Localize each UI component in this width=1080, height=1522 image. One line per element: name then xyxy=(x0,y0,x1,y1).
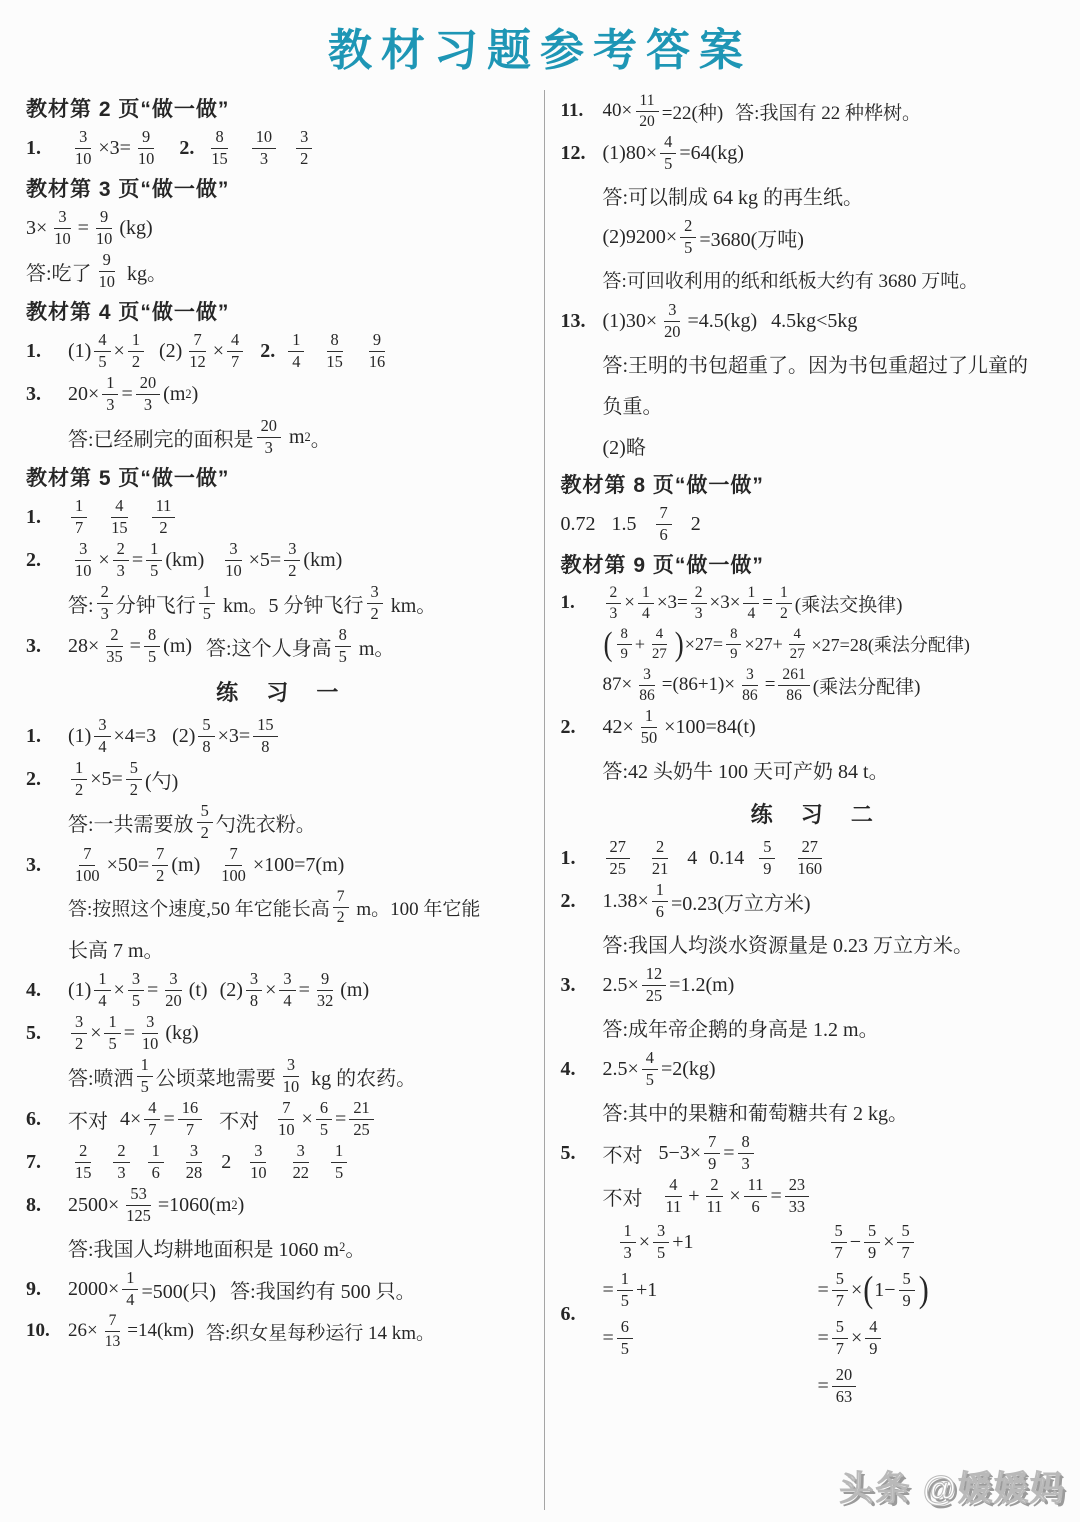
fraction: 322 xyxy=(289,1141,313,1183)
math-line: 答:23分钟飞行15 km。5 分钟飞行32 km。 xyxy=(26,582,532,624)
derivation-line: =57×49 xyxy=(818,1314,930,1362)
fraction: 83 xyxy=(738,1132,754,1174)
math-text: 长高 7 m。 xyxy=(68,934,164,963)
fraction: 85 xyxy=(144,625,160,667)
fraction: 310 xyxy=(71,539,95,581)
fraction: 35 xyxy=(653,1221,669,1263)
fraction: 45 xyxy=(642,1048,658,1090)
math-text: × xyxy=(639,1231,650,1254)
fraction: 12 xyxy=(776,583,792,623)
math-line: (2)9200×25=3680(万吨) xyxy=(561,216,1067,258)
math-line: 答:已经刷完的面积是203 m2。 xyxy=(26,416,532,458)
derivation-line: 57−59×57 xyxy=(818,1218,930,1266)
fraction: 32 xyxy=(71,1012,87,1054)
fraction: 65 xyxy=(617,1317,633,1359)
math-text: 4.5kg<5kg xyxy=(771,310,857,333)
derivation-line: =2063 xyxy=(818,1362,930,1410)
fraction: 411 xyxy=(662,1175,686,1217)
fraction: 45 xyxy=(94,330,110,372)
math-text: − xyxy=(850,1231,861,1254)
math-line: 9.2000×14=500(只)答:我国约有 500 只。 xyxy=(26,1268,532,1310)
fraction: 27160 xyxy=(793,837,826,879)
item-number: 3. xyxy=(26,635,68,658)
item-number: 12. xyxy=(561,142,603,165)
math-text: (2) xyxy=(220,979,243,1002)
math-line: 2.1.38×16=0.23(万立方米) xyxy=(561,880,1067,922)
math-text: = xyxy=(818,1375,829,1398)
math-text: =64(kg) xyxy=(679,142,744,165)
fraction: 310 xyxy=(246,1141,270,1183)
section-header: 教材第 5 页“做一做” xyxy=(26,459,532,495)
math-text: m xyxy=(284,426,305,449)
math-line: 1.23×14×3=23×3×14=12(乘法交换律) xyxy=(561,583,1067,623)
math-text: =1.2(m) xyxy=(669,974,734,997)
math-text: (km) xyxy=(165,549,204,572)
math-text: =3680(万吨) xyxy=(699,223,804,252)
math-line: 长高 7 m。 xyxy=(26,928,532,968)
fraction: 53125 xyxy=(122,1184,155,1226)
fraction: 310 xyxy=(50,207,74,249)
item-number: 2. xyxy=(26,549,68,572)
math-text: 42× xyxy=(603,716,634,739)
math-text: = xyxy=(299,979,310,1002)
math-line: 答:可回收利用的纸和纸板大约有 3680 万吨。 xyxy=(561,259,1067,299)
item-number: 2. xyxy=(561,716,603,739)
fraction: 85 xyxy=(335,625,351,667)
math-text: =22(种) xyxy=(662,98,723,125)
fraction: 415 xyxy=(107,496,131,538)
math-text: 2500× xyxy=(68,1194,119,1217)
fraction: 7100 xyxy=(71,844,104,886)
math-line: 不对411+211×116=2333 xyxy=(561,1175,1067,1217)
math-text: m。100 年它能 xyxy=(352,894,481,921)
fraction: 23 xyxy=(113,539,129,581)
fraction: 16 xyxy=(652,880,668,922)
fraction: 158 xyxy=(253,715,277,757)
math-text: (1) xyxy=(68,725,91,748)
math-text: (km) xyxy=(303,549,342,572)
math-text: 3× xyxy=(26,217,47,240)
math-text: 2.5× xyxy=(603,1058,639,1081)
fraction: 45 xyxy=(660,132,676,174)
fraction: 23 xyxy=(691,583,707,623)
math-text: kg 的农药。 xyxy=(306,1062,416,1091)
math-text: × xyxy=(265,979,276,1002)
fraction: 34 xyxy=(94,715,110,757)
fraction: 58 xyxy=(198,715,214,757)
fraction: 35 xyxy=(128,969,144,1011)
fraction: 320 xyxy=(660,300,684,342)
fraction: 72 xyxy=(333,887,349,927)
fraction: 14 xyxy=(288,330,304,372)
math-text: m。 xyxy=(354,632,395,661)
fraction: 14 xyxy=(743,583,759,623)
left-column: 教材第 2 页“做一做”1.310×3=9102.81510332教材第 3 页… xyxy=(26,90,545,1510)
math-line: 3.7100×50=72(m)7100×100=7(m) xyxy=(26,844,532,886)
fraction: 386 xyxy=(738,665,762,705)
fraction: 23 xyxy=(97,582,113,624)
math-line: 答:我国人均耕地面积是 1060 m2。 xyxy=(26,1227,532,1267)
fraction: 16 xyxy=(148,1141,164,1183)
math-text: 负重。 xyxy=(603,390,663,419)
math-text: 勺洗衣粉。 xyxy=(216,808,316,837)
math-text: × xyxy=(851,1279,862,1302)
math-text: (2) xyxy=(159,340,182,363)
derivation-column: 13×35+1=15+1=65 xyxy=(603,1218,818,1362)
math-text: 不对 xyxy=(603,1139,643,1168)
math-text: 答:王明的书包超重了。因为书包重超过了儿童的 xyxy=(603,349,1029,378)
item-number: 7. xyxy=(26,1151,68,1174)
fraction: 32 xyxy=(367,582,383,624)
fraction: 14 xyxy=(638,583,654,623)
fraction: 23 xyxy=(113,1141,129,1183)
math-text: 2.5× xyxy=(603,974,639,997)
math-text: (1) xyxy=(68,979,91,1002)
fraction: 712 xyxy=(185,330,209,372)
math-text: 。 xyxy=(345,1233,365,1262)
fraction: 427 xyxy=(786,625,809,663)
math-text: (乘法交换律) xyxy=(795,590,903,617)
math-text: =(86+1)× xyxy=(662,674,735,696)
math-text: ×27= xyxy=(685,634,723,655)
math-text: (2) xyxy=(172,725,195,748)
math-text: (m) xyxy=(171,854,200,877)
fraction: 47 xyxy=(144,1098,160,1140)
math-text: kg。 xyxy=(122,257,167,286)
item-number: 2. xyxy=(260,340,275,363)
item-number: 9. xyxy=(26,1278,68,1301)
math-text: = xyxy=(603,1279,614,1302)
math-text: = xyxy=(762,592,773,614)
math-line: 6.不对4×47=167不对710×65=2125 xyxy=(26,1098,532,1140)
math-text: ×3= xyxy=(98,137,131,160)
fraction: 215 xyxy=(71,1141,95,1183)
item-number: 4. xyxy=(26,979,68,1002)
item-number: 2. xyxy=(26,768,68,791)
math-text: 答:这个人身高 xyxy=(206,632,332,661)
fraction: 713 xyxy=(101,1311,125,1351)
math-line: 4.2.5×45=2(kg) xyxy=(561,1048,1067,1090)
fraction: 103 xyxy=(252,127,276,169)
section-header: 教材第 3 页“做一做” xyxy=(26,170,532,206)
fraction: 320 xyxy=(161,969,185,1011)
math-line: 2.310×23=15(km)310×5=32(km) xyxy=(26,539,532,581)
math-text: =2(kg) xyxy=(661,1058,716,1081)
math-line: 2.42×150×100=84(t) xyxy=(561,706,1067,748)
math-line: 答:42 头奶牛 100 天可产奶 84 t。 xyxy=(561,749,1067,789)
fraction: 815 xyxy=(322,330,346,372)
fraction: 79 xyxy=(704,1132,720,1174)
math-line: 答:王明的书包超重了。因为书包重超过了儿童的 xyxy=(561,343,1067,383)
math-text: = xyxy=(78,217,89,240)
math-line: 3.20×13=203(m2) xyxy=(26,373,532,415)
fraction: 2725 xyxy=(606,837,630,879)
math-text: 28× xyxy=(68,635,99,658)
fraction: 14 xyxy=(94,969,110,1011)
math-text: 40× xyxy=(603,100,633,122)
math-text: 不对 xyxy=(603,1182,643,1211)
math-text: = xyxy=(818,1327,829,1350)
item-number: 6. xyxy=(26,1108,68,1131)
fraction: 211 xyxy=(703,1175,727,1217)
fraction: 38 xyxy=(246,969,262,1011)
math-line: 0.721.5762 xyxy=(561,503,1067,545)
math-text: (1) xyxy=(68,340,91,363)
math-text: × xyxy=(90,1022,101,1045)
math-text: 答:喷洒 xyxy=(68,1062,134,1091)
fraction: 310 xyxy=(221,539,245,581)
item-number: 2. xyxy=(561,890,603,913)
derivation-line: =57×(1−59) xyxy=(818,1266,930,1314)
item-number: 5. xyxy=(561,1142,603,1165)
fraction: 116 xyxy=(744,1175,768,1217)
fraction: 1120 xyxy=(635,91,659,131)
math-text: = xyxy=(163,1108,174,1131)
fraction: 15 xyxy=(146,539,162,581)
fraction: 15 xyxy=(199,582,215,624)
math-text: × xyxy=(851,1327,862,1350)
math-line: 答:喷洒15公顷菜地需要310 kg 的农药。 xyxy=(26,1055,532,1097)
fraction: 12 xyxy=(71,758,87,800)
math-line: 11.40×1120=22(种)答:我国有 22 种桦树。 xyxy=(561,91,1067,131)
math-line: 答:一共需要放52勺洗衣粉。 xyxy=(26,801,532,843)
math-line: 6.13×35+1=15+1=6557−59×57=57×(1−59)=57×4… xyxy=(561,1218,1067,1410)
math-text: = xyxy=(147,979,158,1002)
math-line: 5.32×15=310(kg) xyxy=(26,1012,532,1054)
math-text: 答:可以制成 64 kg 的再生纸。 xyxy=(603,181,864,210)
fraction: 59 xyxy=(759,837,775,879)
math-text: =500(只) xyxy=(141,1275,216,1304)
fraction: 221 xyxy=(648,837,672,879)
fraction: 2063 xyxy=(832,1365,856,1407)
math-text: 答:成年帝企鹅的身高是 1.2 m。 xyxy=(603,1013,879,1042)
fraction: 49 xyxy=(865,1317,881,1359)
big-paren: ) xyxy=(675,627,684,661)
fraction: 710 xyxy=(274,1098,298,1140)
fraction: 203 xyxy=(257,416,281,458)
math-text: ×100=84(t) xyxy=(664,716,755,739)
math-line: 答:其中的果糖和葡萄糖共有 2 kg。 xyxy=(561,1091,1067,1131)
fraction: 52 xyxy=(126,758,142,800)
big-paren: ( xyxy=(863,1271,873,1309)
fraction: 7100 xyxy=(217,844,250,886)
math-text: 答:按照这个速度,50 年它能长高 xyxy=(68,894,330,921)
math-text: 0.72 xyxy=(561,513,596,536)
fraction: 57 xyxy=(832,1269,848,1311)
big-paren: ) xyxy=(919,1271,929,1309)
fraction: 57 xyxy=(897,1221,913,1263)
math-text: ×3= xyxy=(657,592,688,614)
fraction: 32 xyxy=(284,539,300,581)
math-text: +1 xyxy=(672,1231,693,1254)
math-text: = xyxy=(723,1142,734,1165)
fraction: 23 xyxy=(606,583,622,623)
item-number: 5. xyxy=(26,1022,68,1045)
fraction: 47 xyxy=(227,330,243,372)
fraction: 59 xyxy=(864,1221,880,1263)
math-text: 0.14 xyxy=(709,847,744,870)
math-text: =4.5(kg) xyxy=(688,310,758,333)
math-line: (89+427)×27=89×27+427×27=28(乘法分配律) xyxy=(561,624,1067,664)
fraction: 2333 xyxy=(785,1175,809,1217)
math-text: × xyxy=(302,1108,313,1131)
fraction: 14 xyxy=(122,1268,138,1310)
math-line: 答:按照这个速度,50 年它能长高72 m。100 年它能 xyxy=(26,887,532,927)
math-text: = xyxy=(124,1022,135,1045)
fraction: 150 xyxy=(637,706,661,748)
math-text: 答:可回收利用的纸和纸板大约有 3680 万吨。 xyxy=(603,266,979,293)
math-text: 。 xyxy=(311,423,331,452)
math-text: 不对 xyxy=(68,1105,108,1134)
math-text: 公顷菜地需要 xyxy=(156,1062,276,1091)
fraction: 25 xyxy=(680,216,696,258)
math-text: 答:我国约有 500 只。 xyxy=(230,1275,416,1304)
math-text: =1060(m xyxy=(158,1194,232,1217)
fraction: 310 xyxy=(138,1012,162,1054)
item-number: 13. xyxy=(561,310,603,333)
math-line: 答:可以制成 64 kg 的再生纸。 xyxy=(561,175,1067,215)
math-text: × xyxy=(883,1231,894,1254)
math-line: 8.2500×53125=1060(m2) xyxy=(26,1184,532,1226)
fraction: 89 xyxy=(617,625,632,663)
item-number: 8. xyxy=(26,1194,68,1217)
page: 教材习题参考答案 教材第 2 页“做一做”1.310×3=9102.815103… xyxy=(0,0,1080,1522)
math-text: (m) xyxy=(163,635,192,658)
math-text: 答:42 头奶牛 100 天可产奶 84 t。 xyxy=(603,755,889,784)
math-text: (kg) xyxy=(119,217,152,240)
section-header: 教材第 2 页“做一做” xyxy=(26,90,532,126)
math-text: 答:我国人均耕地面积是 1060 m xyxy=(68,1233,339,1262)
fraction: 65 xyxy=(316,1098,332,1140)
math-text: ) xyxy=(238,1194,245,1217)
math-text: = xyxy=(770,1185,781,1208)
math-text: 1− xyxy=(874,1279,895,1302)
fraction: 386 xyxy=(635,665,659,705)
math-text: = xyxy=(765,674,776,696)
fraction: 167 xyxy=(178,1098,202,1140)
fraction: 15 xyxy=(104,1012,120,1054)
fraction: 910 xyxy=(95,250,119,292)
section-header: 教材第 8 页“做一做” xyxy=(561,466,1067,502)
math-text: (乘法分配律) xyxy=(813,672,921,699)
math-line: 3.2.5×1225=1.2(m) xyxy=(561,964,1067,1006)
derivation-line: =15+1 xyxy=(603,1266,818,1314)
math-line: 1.17415112 xyxy=(26,496,532,538)
math-text: × xyxy=(114,340,125,363)
fraction: 932 xyxy=(313,969,337,1011)
fraction: 34 xyxy=(279,969,295,1011)
math-text: km。5 分钟飞行 xyxy=(218,589,364,618)
math-line: 1.272522140.145927160 xyxy=(561,837,1067,879)
math-text: 答:已经刷完的面积是 xyxy=(68,423,254,452)
math-text: 2 xyxy=(221,1151,231,1174)
fraction: 13 xyxy=(102,373,118,415)
section-header: 教材第 4 页“做一做” xyxy=(26,293,532,329)
fraction: 17 xyxy=(71,496,87,538)
fraction: 15 xyxy=(331,1141,347,1183)
math-line: 1.(1)45×12(2)712×472.14815916 xyxy=(26,330,532,372)
fraction: 916 xyxy=(365,330,389,372)
fraction: 57 xyxy=(831,1221,847,1263)
math-line: 5.不对5−3×79=83 xyxy=(561,1132,1067,1174)
exercise-title: 练 习 二 xyxy=(561,790,1067,836)
fraction: 26186 xyxy=(778,665,809,705)
fraction: 2125 xyxy=(349,1098,373,1140)
math-text: ×5= xyxy=(90,768,123,791)
fraction: 52 xyxy=(197,801,213,843)
math-text: × xyxy=(213,340,224,363)
math-line: 1.310×3=9102.81510332 xyxy=(26,127,532,169)
fraction: 235 xyxy=(102,625,126,667)
derivation-line: =65 xyxy=(603,1314,818,1362)
math-text: 4 xyxy=(687,847,697,870)
math-text: 答:一共需要放 xyxy=(68,808,194,837)
math-text: ×5= xyxy=(249,549,282,572)
fraction: 203 xyxy=(136,373,160,415)
page-title: 教材习题参考答案 xyxy=(0,0,1080,84)
math-text: 5−3× xyxy=(659,1142,702,1165)
math-line: 10.26×713=14(km)答:织女星每秒运行 14 km。 xyxy=(26,1311,532,1351)
math-text: + xyxy=(688,1185,699,1208)
math-text: × xyxy=(114,979,125,1002)
fraction: 328 xyxy=(182,1141,206,1183)
math-text: (1)80× xyxy=(603,142,658,165)
math-text: =0.23(万立方米) xyxy=(671,887,811,916)
math-line: 87×386=(86+1)×386=26186(乘法分配律) xyxy=(561,665,1067,705)
math-line: 2.12×5=52(勺) xyxy=(26,758,532,800)
math-text: × xyxy=(98,549,109,572)
math-text: ×4=3 xyxy=(114,725,157,748)
item-number: 3. xyxy=(26,383,68,406)
fraction: 1225 xyxy=(642,964,666,1006)
math-text: × xyxy=(624,592,635,614)
watermark: 头条 @媛媛妈 xyxy=(839,1461,1066,1510)
fraction: 910 xyxy=(92,207,116,249)
math-text: 1.5 xyxy=(612,513,637,536)
fraction: 112 xyxy=(152,496,176,538)
math-text: 分钟飞行 xyxy=(116,589,196,618)
math-text: = xyxy=(121,383,132,406)
fraction: 57 xyxy=(832,1317,848,1359)
math-text: 87× xyxy=(603,674,633,696)
math-text: ×27+ xyxy=(744,634,782,655)
math-text: 2000× xyxy=(68,1278,119,1301)
math-text: =14(km) xyxy=(127,1320,194,1342)
math-text: = xyxy=(603,1327,614,1350)
math-text: × xyxy=(729,1185,740,1208)
fraction: 32 xyxy=(296,127,312,169)
math-text: 不对 xyxy=(219,1105,259,1134)
math-text: 26× xyxy=(68,1320,98,1342)
fraction: 310 xyxy=(279,1055,303,1097)
math-text: ) xyxy=(192,383,199,406)
item-number: 1. xyxy=(26,137,68,160)
math-text: 答:我国有 22 种桦树。 xyxy=(735,98,921,125)
math-text: +1 xyxy=(636,1279,657,1302)
section-header: 教材第 9 页“做一做” xyxy=(561,546,1067,582)
fraction: 12 xyxy=(128,330,144,372)
math-text: ×27=28(乘法分配律) xyxy=(812,631,970,657)
math-text: = xyxy=(335,1108,346,1131)
item-number: 1. xyxy=(26,725,68,748)
math-text: (m xyxy=(163,383,185,406)
math-line: 7.2152316328231032215 xyxy=(26,1141,532,1183)
math-text: km。 xyxy=(386,589,437,618)
math-text: 答: xyxy=(68,589,94,618)
math-text: = xyxy=(132,549,143,572)
math-text: (1)30× xyxy=(603,310,658,333)
math-line: 负重。 xyxy=(561,384,1067,424)
